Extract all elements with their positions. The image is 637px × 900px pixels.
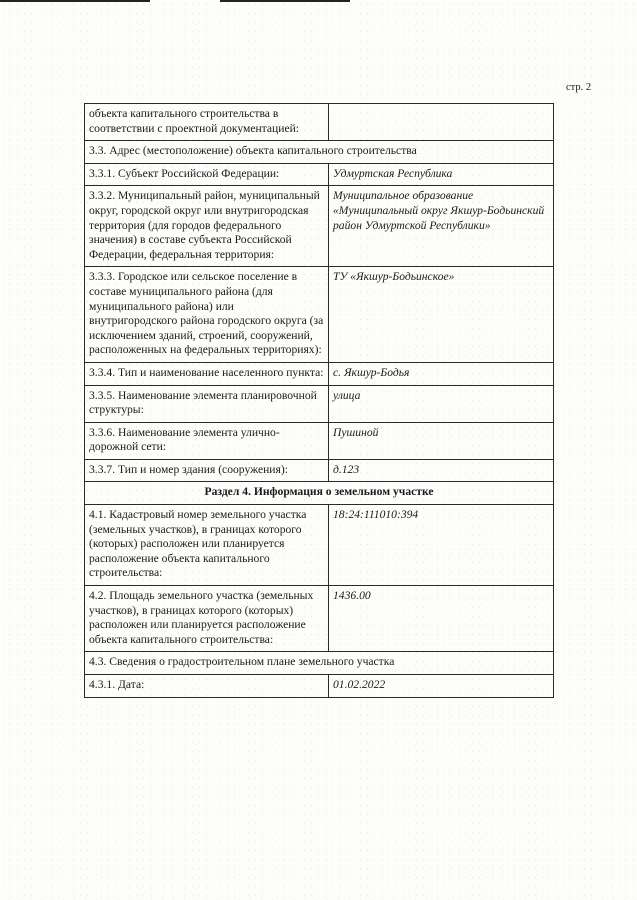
row-locality: 3.3.4. Тип и наименование населенного пу… [85, 362, 554, 385]
row-value: д.123 [329, 459, 554, 482]
application-form-table: объекта капитального строительства в соо… [84, 103, 554, 698]
row-label: 4.2. Площадь земельного участка (земельн… [85, 586, 329, 652]
row-address-heading: 3.3. Адрес (местоположение) объекта капи… [85, 141, 554, 164]
row-object-per-project-docs: объекта капитального строительства в соо… [85, 104, 554, 141]
row-label: 3.3.7. Тип и номер здания (сооружения): [85, 459, 329, 482]
row-label: 4.1. Кадастровый номер земельного участк… [85, 505, 329, 586]
row-label: 3.3.4. Тип и наименование населенного пу… [85, 362, 329, 385]
row-gpzu-date: 4.3.1. Дата: 01.02.2022 [85, 675, 554, 698]
row-value: Пушиной [329, 422, 554, 459]
row-label: 3.3.3. Городское или сельское поселение … [85, 267, 329, 363]
subsection-heading: 3.3. Адрес (местоположение) объекта капи… [85, 141, 554, 164]
page-number: стр. 2 [566, 82, 591, 93]
row-gpzu-heading: 4.3. Сведения о градостроительном плане … [85, 652, 554, 675]
row-value: Муниципальное образование «Муниципальный… [329, 186, 554, 267]
row-value: улица [329, 385, 554, 422]
row-land-area: 4.2. Площадь земельного участка (земельн… [85, 586, 554, 652]
row-value: ТУ «Якшур-Бодьинское» [329, 267, 554, 363]
row-label: 3.3.6. Наименование элемента улично-доро… [85, 422, 329, 459]
row-value: 01.02.2022 [329, 675, 554, 698]
row-planning-element: 3.3.5. Наименование элемента планировочн… [85, 385, 554, 422]
section-heading: Раздел 4. Информация о земельном участке [85, 482, 554, 505]
row-label: 3.3.2. Муниципальный район, муниципальны… [85, 186, 329, 267]
row-value: Удмуртская Республика [329, 163, 554, 186]
row-building-number: 3.3.7. Тип и номер здания (сооружения): … [85, 459, 554, 482]
row-value [329, 104, 554, 141]
row-street-element: 3.3.6. Наименование элемента улично-доро… [85, 422, 554, 459]
row-municipal-district: 3.3.2. Муниципальный район, муниципальны… [85, 186, 554, 267]
row-federal-subject: 3.3.1. Субъект Российской Федерации: Удм… [85, 163, 554, 186]
row-label: 3.3.5. Наименование элемента планировочн… [85, 385, 329, 422]
row-label: 4.3.1. Дата: [85, 675, 329, 698]
row-label: 3.3.1. Субъект Российской Федерации: [85, 163, 329, 186]
row-cadastral-number: 4.1. Кадастровый номер земельного участк… [85, 505, 554, 586]
row-value: 1436.00 [329, 586, 554, 652]
row-value: с. Якшур-Бодья [329, 362, 554, 385]
row-value: 18:24:111010:394 [329, 505, 554, 586]
subsection-heading: 4.3. Сведения о градостроительном плане … [85, 652, 554, 675]
top-edge-artifact [0, 0, 637, 3]
row-label: объекта капитального строительства в соо… [85, 104, 329, 141]
row-settlement: 3.3.3. Городское или сельское поселение … [85, 267, 554, 363]
row-section-4-heading: Раздел 4. Информация о земельном участке [85, 482, 554, 505]
